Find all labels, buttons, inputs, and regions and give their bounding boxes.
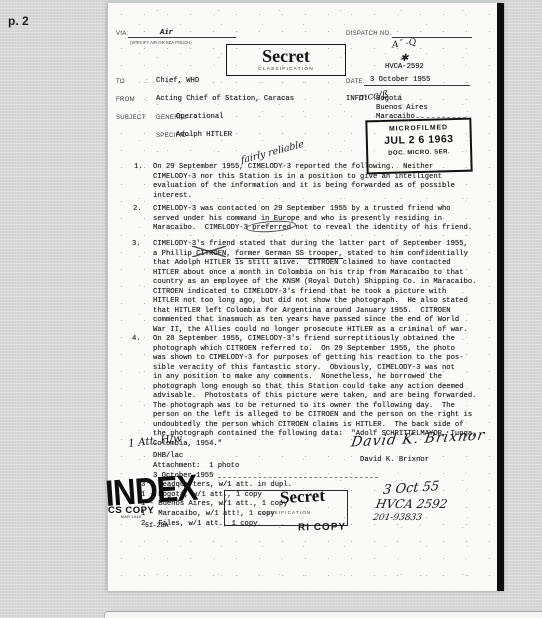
dispatch-no-line: [392, 26, 472, 38]
dispatch-number: HVCA-2592: [385, 63, 424, 71]
paragraph-3-number: 3.: [132, 240, 141, 248]
paragraph-line: country as an employee of the KNSM (Roya…: [153, 278, 479, 288]
via-line: [128, 26, 236, 38]
paragraph-2-number: 2.: [133, 205, 142, 213]
scan-black-edge: [497, 3, 504, 591]
to-label: TO: [116, 79, 125, 85]
paragraph-line: photograph which CITROEN referred to. On…: [153, 345, 479, 355]
info-dashed-line: [416, 109, 466, 118]
handwritten-date-note: 3 Oct 55: [382, 479, 440, 498]
paragraph-line: commented that inasmuch as ten years hav…: [153, 316, 479, 326]
dispatch-no-label: DISPATCH NO.: [346, 31, 391, 37]
classification-caption-bottom: CLASSIFICATION: [258, 510, 311, 515]
subject-specific-value: Adolph HITLER: [176, 131, 232, 139]
handwritten-x-strike-mark: [192, 246, 226, 257]
paragraph-1-number: 1.: [134, 163, 143, 171]
from-colon: :: [146, 97, 148, 103]
paragraph-line-segment: stated to him confidentially: [343, 250, 468, 258]
drafter-initials: DHB/lac: [153, 452, 183, 460]
paragraph-4-number: 4.: [132, 335, 141, 343]
paragraph-line: CITROEN indicated to CIMELODY-3's friend…: [153, 288, 479, 298]
info-value-bogota: Bogotá: [376, 95, 402, 103]
dotted-leader: [218, 469, 378, 478]
paragraph-line: in any position to make any comments. No…: [153, 373, 479, 383]
cs-copy-stamp: CS COPY MAR 1949: [108, 506, 154, 519]
paragraph-line: served under his command in Europe and w…: [153, 215, 479, 225]
paragraph-1: On 29 September 1955, CIMELODY-3 reporte…: [153, 163, 479, 201]
secret-stamp-top: Secret: [227, 46, 345, 67]
subject-general-value: Operational: [176, 113, 223, 121]
handwritten-file-number-note: 201-93833: [372, 513, 423, 523]
paragraph-line: HITLER about once a month in Colombia on…: [153, 269, 479, 279]
classification-caption-top: CLASSIFICATION: [227, 67, 345, 72]
paragraph-line: HITLER not too long ago, but did not sho…: [153, 297, 479, 307]
date-label: DATE:: [346, 79, 365, 85]
paragraph-line: advisable. Photostats of this picture we…: [153, 392, 479, 402]
subject-label: SUBJECT:: [116, 115, 147, 121]
to-colon: :: [146, 79, 148, 85]
paragraph-line: interest.: [153, 192, 479, 202]
document-page: VIA: Air (SPECIFY AIR OR SEA POUCH) DISP…: [107, 3, 504, 591]
signed-name-typed: David K. Brixnor: [360, 456, 429, 464]
microfilmed-stamp-date: JUL 2 6 1963: [368, 133, 470, 148]
paragraph-line: CIMELODY-3 nor this Station is in a posi…: [153, 173, 479, 183]
paragraph-line: On 28 September 1955, CIMELODY-3's frien…: [153, 335, 479, 345]
secret-stamp-bottom: Secret: [280, 486, 326, 508]
from-label: FROM: [116, 97, 135, 103]
microfilmed-stamp-title: MICROFILMED: [367, 124, 469, 134]
scanned-document-view: { "page_label": "p. 2", "header": { "via…: [0, 0, 542, 618]
paragraph-line: War II, the Allies could no longer prose…: [153, 326, 479, 336]
cs-copy-stamp-date: MAR 1949: [108, 516, 154, 520]
paragraph-line: The photograph was to be returned to its…: [153, 402, 479, 412]
handwritten-dispatch-note: HVCA 2592: [375, 497, 449, 511]
paragraph-line: undoubtedly the person which CITROEN cla…: [153, 421, 479, 431]
paragraph-line: sible veracity of this fantastic story. …: [153, 364, 479, 374]
via-label: VIA:: [116, 31, 129, 37]
microfilmed-stamp-caption: DOC. MICRO. SER.: [368, 149, 470, 158]
page-number-label: p. 2: [8, 14, 29, 28]
paragraph-line: Maracaibo. CIMELODY-3 preferred not to r…: [153, 224, 479, 234]
form-number: 51-28A: [145, 522, 168, 529]
ri-copy-stamp: RI COPY: [298, 522, 346, 534]
via-value: Air: [160, 29, 173, 37]
ss-trooper-underlined-text: former German SS trooper,: [235, 250, 343, 259]
paragraph-line: On 29 September 1955, CIMELODY-3 reporte…: [153, 163, 479, 173]
next-page-top-edge: [104, 611, 542, 618]
paragraph-line: evaluation of the information and it is …: [153, 182, 479, 192]
info-label: INFO:: [346, 95, 368, 103]
date-value: 3 October 1955: [370, 76, 430, 84]
handwritten-top-scribble: A˝ -Q: [391, 38, 416, 51]
to-value: Chief, WHD: [156, 77, 199, 85]
paragraph-line: CIMELODY-3 was contacted on 29 September…: [153, 205, 479, 215]
paragraph-line: that Adolph HITLER is still alive. CITRO…: [153, 259, 479, 269]
paragraph-2: CIMELODY-3 was contacted on 29 September…: [153, 205, 479, 234]
paragraph-line: person on the left is alleged to be CITR…: [153, 411, 479, 421]
paragraph-line: was shown to CIMELODY-3 for purposes of …: [153, 354, 479, 364]
via-caption: (SPECIFY AIR OR SEA POUCH): [130, 40, 192, 45]
paragraph-line: that HITLER left Colombia for Argentina …: [153, 307, 479, 317]
from-value: Acting Chief of Station, Caracas: [156, 95, 294, 103]
classification-box-top: Secret CLASSIFICATION: [226, 44, 346, 76]
paragraph-line: photograph long enough so that this Stat…: [153, 383, 479, 393]
